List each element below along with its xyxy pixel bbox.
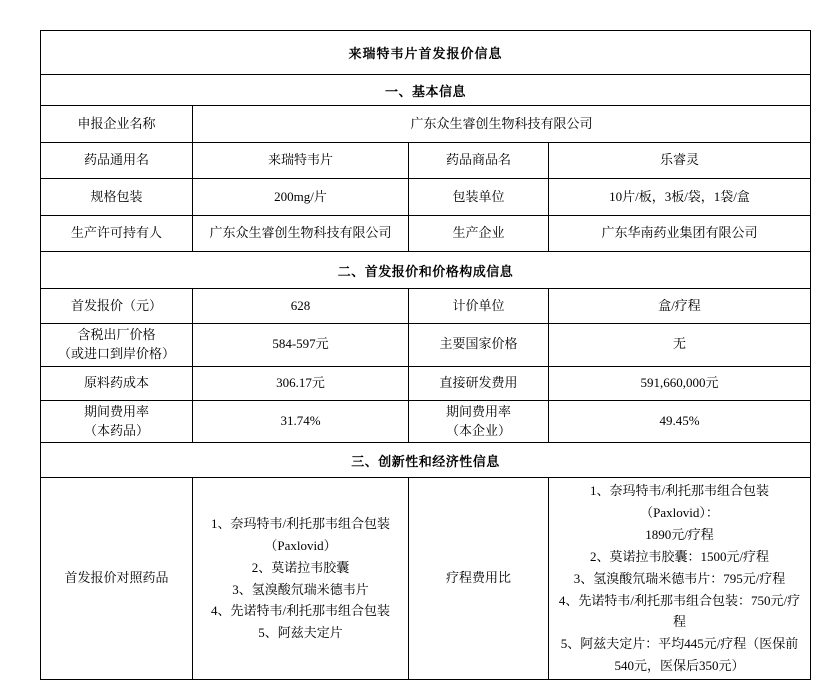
drug-name-row: 药品通用名 来瑞特韦片 药品商品名 乐睿灵 [41, 143, 811, 179]
brand-name-value: 乐睿灵 [549, 143, 811, 179]
title-row: 来瑞特韦片首发报价信息 [41, 31, 811, 75]
package-unit-label: 包装单位 [409, 179, 549, 216]
comparison-row: 首发报价对照药品 1、奈玛特韦/利托那韦组合包装 （Paxlovid） 2、莫诺… [41, 478, 811, 679]
factory-price-row: 含税出厂价格 （或进口到岸价格） 584-597元 主要国家价格 无 [41, 324, 811, 367]
factory-price-value: 584-597元 [193, 324, 409, 367]
expense-ratio-drug-label: 期间费用率 （本药品） [41, 400, 193, 443]
page-title: 来瑞特韦片首发报价信息 [41, 31, 811, 75]
factory-price-label: 含税出厂价格 （或进口到岸价格） [41, 324, 193, 367]
section-pricing-heading-row: 二、首发报价和价格构成信息 [41, 252, 811, 289]
applicant-name-label: 申报企业名称 [41, 106, 193, 143]
foreign-price-label: 主要国家价格 [409, 324, 549, 367]
spec-value: 200mg/片 [193, 179, 409, 216]
pricing-unit-label: 计价单位 [409, 289, 549, 324]
section-basic-heading: 一、基本信息 [41, 75, 811, 106]
course-cost-ratio-label: 疗程费用比 [409, 478, 549, 679]
spec-row: 规格包装 200mg/片 包装单位 10片/板，3板/袋，1袋/盒 [41, 179, 811, 216]
expense-ratio-row: 期间费用率 （本药品） 31.74% 期间费用率 （本企业） 49.45% [41, 400, 811, 443]
section-innovation-heading: 三、创新性和经济性信息 [41, 443, 811, 478]
section-basic-heading-row: 一、基本信息 [41, 75, 811, 106]
package-unit-value: 10片/板，3板/袋，1袋/盒 [549, 179, 811, 216]
drug-pricing-table: 来瑞特韦片首发报价信息 一、基本信息 申报企业名称 广东众生睿创生物科技有限公司… [40, 30, 811, 680]
course-cost-ratio-list: 1、奈玛特韦/利托那韦组合包装（Paxlovid）： 1890元/疗程 2、莫诺… [549, 478, 811, 679]
offer-price-label: 首发报价（元） [41, 289, 193, 324]
license-holder-value: 广东众生睿创生物科技有限公司 [193, 216, 409, 252]
comparison-drugs-label: 首发报价对照药品 [41, 478, 193, 679]
rd-cost-value: 591,660,000元 [549, 366, 811, 400]
material-cost-value: 306.17元 [193, 366, 409, 400]
rd-cost-label: 直接研发费用 [409, 366, 549, 400]
material-cost-row: 原料药成本 306.17元 直接研发费用 591,660,000元 [41, 366, 811, 400]
pricing-unit-value: 盒/疗程 [549, 289, 811, 324]
comparison-drugs-list: 1、奈玛特韦/利托那韦组合包装 （Paxlovid） 2、莫诺拉韦胶囊 3、氢溴… [193, 478, 409, 679]
foreign-price-value: 无 [549, 324, 811, 367]
material-cost-label: 原料药成本 [41, 366, 193, 400]
generic-name-label: 药品通用名 [41, 143, 193, 179]
section-pricing-heading: 二、首发报价和价格构成信息 [41, 252, 811, 289]
offer-price-row: 首发报价（元） 628 计价单位 盒/疗程 [41, 289, 811, 324]
spec-label: 规格包装 [41, 179, 193, 216]
applicant-name-value: 广东众生睿创生物科技有限公司 [193, 106, 811, 143]
license-row: 生产许可持有人 广东众生睿创生物科技有限公司 生产企业 广东华南药业集团有限公司 [41, 216, 811, 252]
expense-ratio-drug-value: 31.74% [193, 400, 409, 443]
manufacturer-label: 生产企业 [409, 216, 549, 252]
offer-price-value: 628 [193, 289, 409, 324]
applicant-row: 申报企业名称 广东众生睿创生物科技有限公司 [41, 106, 811, 143]
brand-name-label: 药品商品名 [409, 143, 549, 179]
manufacturer-value: 广东华南药业集团有限公司 [549, 216, 811, 252]
section-innovation-heading-row: 三、创新性和经济性信息 [41, 443, 811, 478]
license-holder-label: 生产许可持有人 [41, 216, 193, 252]
expense-ratio-company-label: 期间费用率 （本企业） [409, 400, 549, 443]
expense-ratio-company-value: 49.45% [549, 400, 811, 443]
generic-name-value: 来瑞特韦片 [193, 143, 409, 179]
